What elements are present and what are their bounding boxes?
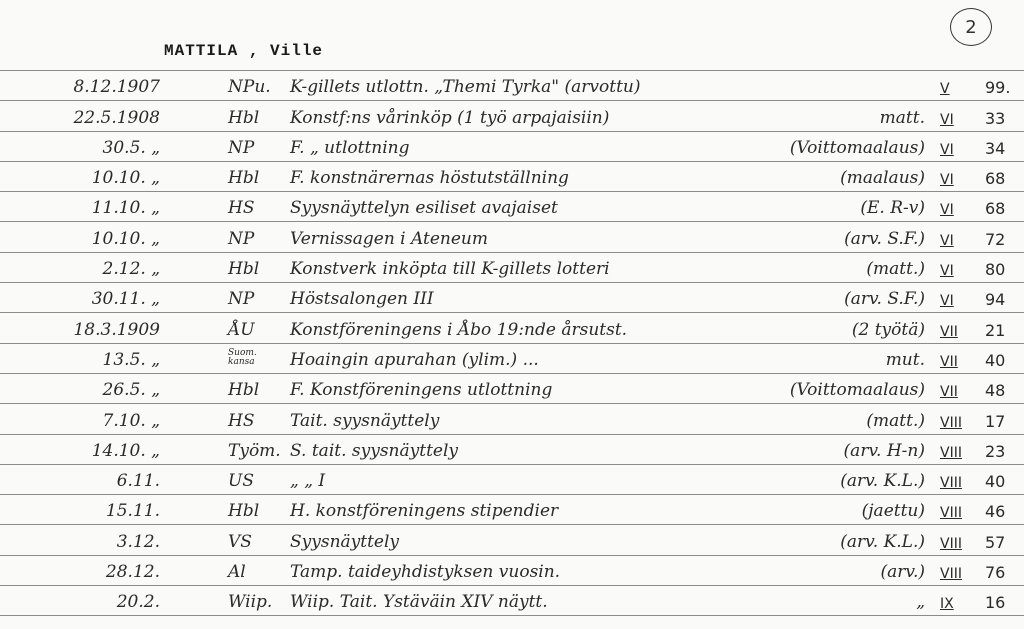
entry-source: Hbl <box>228 168 259 188</box>
entry-source: Hbl <box>228 259 259 279</box>
entry-source: HS <box>228 198 254 218</box>
entry-date: 15.11. <box>50 501 160 521</box>
entry-volume: IX <box>940 596 954 612</box>
entry-page: 34 <box>985 139 1005 158</box>
entry-date: 2.12. „ <box>50 259 160 279</box>
entry-note: (E. R-v) <box>700 198 925 218</box>
entry-date: 30.11. „ <box>50 289 160 309</box>
entry-page: 40 <box>985 351 1005 370</box>
page-number-circle: 2 <box>950 8 992 46</box>
entry-row: 10.10. „NPVernissagen i Ateneum(arv. S.F… <box>0 221 1024 251</box>
entry-source: Hbl <box>228 108 259 128</box>
entry-page: 68 <box>985 199 1005 218</box>
entry-row: 14.10. „Työm.S. tait. syysnäyttely(arv. … <box>0 434 1024 464</box>
entry-volume: VIII <box>940 536 962 552</box>
entry-date: 20.2. <box>50 592 160 612</box>
entry-volume: VI <box>940 263 954 279</box>
entry-title: F. „ utlottning <box>290 138 410 158</box>
entry-title: Vernissagen i Ateneum <box>290 229 488 249</box>
entry-source: NPu. <box>228 77 271 97</box>
entry-volume: VIII <box>940 415 962 431</box>
entry-volume: VI <box>940 233 954 249</box>
entry-volume: VI <box>940 142 954 158</box>
entry-date: 7.10. „ <box>50 411 160 431</box>
entry-source: Työm. <box>228 441 281 461</box>
entry-page: 94 <box>985 290 1005 309</box>
entry-note: (arv. K.L.) <box>700 471 925 491</box>
entry-source: Hbl <box>228 380 259 400</box>
entry-note: (Voittomaalaus) <box>700 380 925 400</box>
entry-note: (2 työtä) <box>700 320 925 340</box>
entry-date: 11.10. „ <box>50 198 160 218</box>
entry-row: 30.5. „NPF. „ utlottning(Voittomaalaus)V… <box>0 131 1024 161</box>
page-number: 2 <box>965 17 976 38</box>
entry-page: 57 <box>985 533 1005 552</box>
entry-source: Wiip. <box>228 592 272 612</box>
entry-note: (arv. K.L.) <box>700 532 925 552</box>
entry-volume: VIII <box>940 445 962 461</box>
entry-title: Konstföreningens i Åbo 19:nde årsutst. <box>290 320 627 340</box>
entry-note: (arv. H-n) <box>700 441 925 461</box>
entry-row: 18.3.1909ÅUKonstföreningens i Åbo 19:nde… <box>0 312 1024 342</box>
entry-title: „ „ I <box>290 471 325 491</box>
entry-volume: VI <box>940 202 954 218</box>
entry-date: 26.5. „ <box>50 380 160 400</box>
entry-page: 16 <box>985 593 1005 612</box>
entry-note: (matt.) <box>700 411 925 431</box>
entry-source: NP <box>228 229 254 249</box>
entry-row: 20.2.Wiip.Wiip. Tait. Ystäväin XIV näytt… <box>0 585 1024 616</box>
entry-source: Hbl <box>228 501 259 521</box>
entry-date: 6.11. <box>50 471 160 491</box>
entry-source: HS <box>228 411 254 431</box>
entry-source: VS <box>228 532 252 552</box>
entry-page: 68 <box>985 169 1005 188</box>
entry-title: Konstf:ns vårinköp (1 työ arpajaisiin) <box>290 108 609 128</box>
entry-note: (jaettu) <box>700 501 925 521</box>
entry-page: 33 <box>985 109 1005 128</box>
entry-source: NP <box>228 138 254 158</box>
entry-page: 46 <box>985 502 1005 521</box>
entry-page: 72 <box>985 230 1005 249</box>
entry-list: 8.12.1907NPu.K-gillets utlottn. „Themi T… <box>0 70 1024 616</box>
index-card: MATTILA , Ville 2 8.12.1907NPu.K-gillets… <box>0 0 1024 629</box>
entry-page: 21 <box>985 321 1005 340</box>
entry-title: Tamp. taideyhdistyksen vuosin. <box>290 562 560 582</box>
entry-volume: VIII <box>940 505 962 521</box>
entry-row: 6.11.US„ „ I(arv. K.L.)VIII40 <box>0 464 1024 494</box>
entry-date: 22.5.1908 <box>50 108 160 128</box>
entry-date: 10.10. „ <box>50 229 160 249</box>
entry-page: 17 <box>985 412 1005 431</box>
entry-title: Hoaingin apurahan (ylim.) ... <box>290 350 539 370</box>
entry-note: (arv. S.F.) <box>700 289 925 309</box>
entry-page: 23 <box>985 442 1005 461</box>
entry-volume: VI <box>940 112 954 128</box>
entry-volume: VI <box>940 172 954 188</box>
entry-date: 13.5. „ <box>50 350 160 370</box>
entry-source: ÅU <box>228 320 255 340</box>
entry-row: 26.5. „HblF. Konstföreningens utlottning… <box>0 373 1024 403</box>
entry-volume: VII <box>940 324 958 340</box>
entry-note: (arv.) <box>700 562 925 582</box>
entry-note: „ <box>700 592 925 612</box>
entry-note: (matt.) <box>700 259 925 279</box>
entry-note: mut. <box>700 350 925 370</box>
entry-page: 76 <box>985 563 1005 582</box>
entry-row: 15.11.HblH. konstföreningens stipendier(… <box>0 494 1024 524</box>
entry-source: NP <box>228 289 254 309</box>
entry-volume: VIII <box>940 566 962 582</box>
entry-source-sub: kansa <box>228 358 255 367</box>
entry-title: S. tait. syysnäyttely <box>290 441 458 461</box>
entry-row: 3.12.VSSyysnäyttely(arv. K.L.)VIII57 <box>0 524 1024 554</box>
entry-row: 10.10. „HblF. konstnärernas höstutställn… <box>0 161 1024 191</box>
entry-page: 40 <box>985 472 1005 491</box>
entry-source: US <box>228 471 254 491</box>
entry-title: Konstverk inköpta till K-gillets lotteri <box>290 259 610 279</box>
entry-row: 13.5. „Suom.Hoaingin apurahan (ylim.) ..… <box>0 343 1024 373</box>
entry-row: 2.12. „HblKonstverk inköpta till K-gille… <box>0 252 1024 282</box>
entry-source: Al <box>228 562 246 582</box>
entry-date: 14.10. „ <box>50 441 160 461</box>
entry-volume: VIII <box>940 475 962 491</box>
entry-title: Syysnäyttelyn esiliset avajaiset <box>290 198 558 218</box>
entry-title: K-gillets utlottn. „Themi Tyrka" (arvott… <box>290 77 641 97</box>
entry-note: matt. <box>700 108 925 128</box>
entry-date: 3.12. <box>50 532 160 552</box>
entry-note: (arv. S.F.) <box>700 229 925 249</box>
entry-page: 99. <box>985 78 1010 97</box>
entry-row: 11.10. „HSSyysnäyttelyn esiliset avajais… <box>0 191 1024 221</box>
entry-volume: VI <box>940 293 954 309</box>
entry-volume: VII <box>940 384 958 400</box>
entry-title: Wiip. Tait. Ystäväin XIV näytt. <box>290 592 548 612</box>
entry-note: (Voittomaalaus) <box>700 138 925 158</box>
artist-name: MATTILA , Ville <box>164 42 323 60</box>
entry-date: 30.5. „ <box>50 138 160 158</box>
entry-date: 18.3.1909 <box>50 320 160 340</box>
entry-page: 80 <box>985 260 1005 279</box>
entry-title: Syysnäyttely <box>290 532 399 552</box>
entry-note: (maalaus) <box>700 168 925 188</box>
entry-title: F. konstnärernas höstutställning <box>290 168 569 188</box>
entry-date: 28.12. <box>50 562 160 582</box>
entry-row: 22.5.1908HblKonstf:ns vårinköp (1 työ ar… <box>0 100 1024 130</box>
entry-row: 7.10. „HSTait. syysnäyttely(matt.)VIII17 <box>0 403 1024 433</box>
entry-title: Tait. syysnäyttely <box>290 411 439 431</box>
entry-volume: VII <box>940 354 958 370</box>
entry-title: F. Konstföreningens utlottning <box>290 380 552 400</box>
entry-title: H. konstföreningens stipendier <box>290 501 558 521</box>
entry-date: 8.12.1907 <box>50 77 160 97</box>
entry-date: 10.10. „ <box>50 168 160 188</box>
entry-page: 48 <box>985 381 1005 400</box>
entry-volume: V <box>940 81 950 97</box>
entry-title: Höstsalongen III <box>290 289 434 309</box>
entry-row: 28.12.AlTamp. taideyhdistyksen vuosin.(a… <box>0 555 1024 585</box>
entry-row: 8.12.1907NPu.K-gillets utlottn. „Themi T… <box>0 70 1024 100</box>
entry-row: 30.11. „NPHöstsalongen III(arv. S.F.)VI9… <box>0 282 1024 312</box>
